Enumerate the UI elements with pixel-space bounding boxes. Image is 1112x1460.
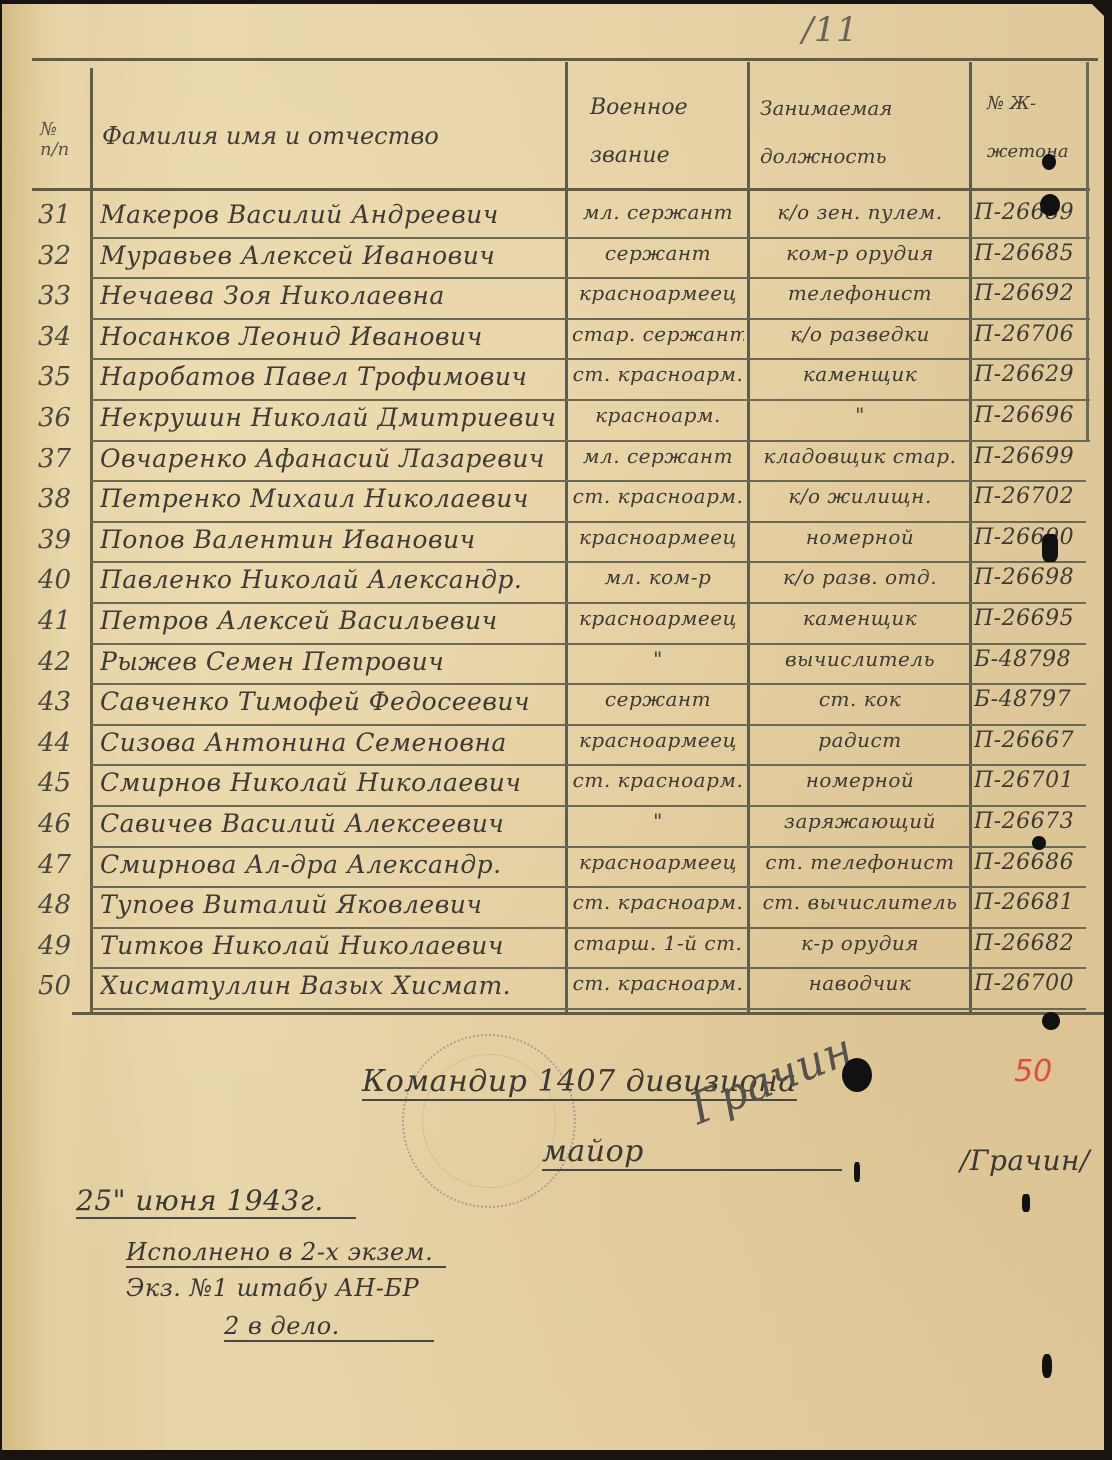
copies-note: Исполнено в 2-х экзем. bbox=[126, 1238, 446, 1268]
cell-badge-number: П-26702 bbox=[974, 484, 1084, 509]
cell-rank: ст. красноарм. bbox=[572, 971, 744, 995]
copy-1-note: Экз. №1 штабу АН-БР bbox=[126, 1274, 419, 1302]
cell-full-name: Смирнова Ал-дра Александр. bbox=[100, 850, 562, 879]
row-divider bbox=[90, 521, 1086, 523]
cell-badge-number: П-26699 bbox=[974, 444, 1084, 469]
cell-full-name: Тупоев Виталий Яковлевич bbox=[100, 890, 562, 919]
cell-position: каменщик bbox=[754, 362, 966, 386]
top-pencil-mark: /11 bbox=[802, 10, 858, 50]
cell-rank: красноармеец bbox=[572, 281, 744, 305]
cell-badge-number: Б-48797 bbox=[974, 687, 1084, 712]
row-divider bbox=[90, 440, 1090, 442]
cell-full-name: Савченко Тимофей Федосеевич bbox=[100, 687, 562, 716]
cell-position: телефонист bbox=[754, 281, 966, 305]
ink-mark bbox=[1042, 1354, 1052, 1378]
row-number: 41 bbox=[38, 606, 90, 636]
row-number: 32 bbox=[38, 241, 90, 271]
cell-rank: ст. красноарм. bbox=[572, 484, 744, 508]
table-border-bottom bbox=[72, 1012, 1104, 1015]
header-position: Занимаемая должность bbox=[760, 84, 893, 180]
row-divider bbox=[90, 886, 1086, 888]
cell-full-name: Павленко Николай Александр. bbox=[100, 565, 562, 594]
row-number: 50 bbox=[38, 971, 90, 1001]
cell-position: ст. вычислитель bbox=[754, 890, 966, 914]
cell-rank: мл. сержант bbox=[572, 444, 744, 468]
ink-blot bbox=[1032, 836, 1046, 850]
cell-position: наводчик bbox=[754, 971, 966, 995]
cell-full-name: Хисматуллин Вазых Хисмат. bbox=[100, 971, 562, 1000]
row-number: 31 bbox=[38, 200, 90, 230]
row-divider bbox=[90, 602, 1086, 604]
cell-rank: старш. 1-й ст. bbox=[572, 931, 744, 955]
cell-rank: красноармеец bbox=[572, 525, 744, 549]
cell-position: к/о жилищн. bbox=[754, 484, 966, 508]
cell-rank: ст. красноарм. bbox=[572, 768, 744, 792]
row-divider bbox=[90, 358, 1090, 360]
cell-full-name: Нечаева Зоя Николаевна bbox=[100, 281, 562, 310]
cell-full-name: Петренко Михаил Николаевич bbox=[100, 484, 562, 513]
row-number: 37 bbox=[38, 444, 90, 474]
cell-full-name: Петров Алексей Васильевич bbox=[100, 606, 562, 635]
cell-full-name: Муравьев Алексей Иванович bbox=[100, 241, 562, 270]
cell-full-name: Сизова Антонина Семеновна bbox=[100, 728, 562, 757]
copy-2-note: 2 в дело. bbox=[224, 1312, 434, 1342]
row-number: 46 bbox=[38, 809, 90, 839]
row-number: 39 bbox=[38, 525, 90, 555]
cell-position: номерной bbox=[754, 525, 966, 549]
row-divider bbox=[90, 683, 1086, 685]
cell-full-name: Попов Валентин Иванович bbox=[100, 525, 562, 554]
cell-rank: сержант bbox=[572, 687, 744, 711]
cell-badge-number: Б-48798 bbox=[974, 647, 1084, 672]
ink-mark bbox=[1022, 1194, 1030, 1212]
cell-full-name: Рыжев Семен Петрович bbox=[100, 647, 562, 676]
cell-rank: красноарм. bbox=[572, 403, 744, 427]
cell-badge-number: П-26695 bbox=[974, 606, 1084, 631]
cell-position: каменщик bbox=[754, 606, 966, 630]
row-number: 49 bbox=[38, 931, 90, 961]
faded-round-stamp bbox=[402, 1034, 576, 1208]
rank-major: майор bbox=[542, 1134, 842, 1171]
ink-blot bbox=[842, 1058, 872, 1092]
cell-position: ком-р орудия bbox=[754, 241, 966, 265]
row-number: 40 bbox=[38, 565, 90, 595]
ink-blot bbox=[1042, 1012, 1060, 1030]
row-divider bbox=[90, 237, 1090, 239]
ink-blot bbox=[1042, 154, 1056, 170]
row-number: 42 bbox=[38, 647, 90, 677]
cell-badge-number: П-26685 bbox=[974, 241, 1084, 266]
cell-full-name: Савичев Василий Алексеевич bbox=[100, 809, 562, 838]
row-number: 45 bbox=[38, 768, 90, 798]
cell-badge-number: П-26681 bbox=[974, 890, 1084, 915]
cell-rank: " bbox=[572, 809, 744, 833]
cell-badge-number: П-26698 bbox=[974, 565, 1084, 590]
ink-blot bbox=[1040, 194, 1060, 216]
row-number: 47 bbox=[38, 850, 90, 880]
cell-rank: красноармеец bbox=[572, 728, 744, 752]
col-divider-4 bbox=[969, 62, 972, 1012]
cell-full-name: Носанков Леонид Иванович bbox=[100, 322, 562, 351]
cell-full-name: Титков Николай Николаевич bbox=[100, 931, 562, 960]
cell-badge-number: П-26696 bbox=[974, 403, 1084, 428]
row-divider bbox=[90, 927, 1086, 929]
header-name: Фамилия имя и отчество bbox=[102, 122, 439, 150]
row-divider bbox=[90, 724, 1086, 726]
cell-position: кладовщик стар. bbox=[754, 444, 966, 468]
row-divider bbox=[90, 561, 1086, 563]
ink-blot bbox=[1042, 534, 1058, 562]
header-divider bbox=[32, 188, 1090, 191]
cell-position: ст. телефонист bbox=[754, 850, 966, 874]
cell-position: к/о разведки bbox=[754, 322, 966, 346]
row-number: 43 bbox=[38, 687, 90, 717]
cell-rank: сержант bbox=[572, 241, 744, 265]
cell-badge-number: П-26706 bbox=[974, 322, 1084, 347]
cell-badge-number: П-26686 bbox=[974, 850, 1084, 875]
cell-rank: ст. красноарм. bbox=[572, 362, 744, 386]
row-number: 34 bbox=[38, 322, 90, 352]
cell-position: номерной bbox=[754, 768, 966, 792]
signature-name: /Грачин/ bbox=[960, 1144, 1090, 1177]
signature-scrawl: Грачин bbox=[683, 1024, 861, 1135]
row-number: 38 bbox=[38, 484, 90, 514]
cell-rank: ст. красноарм. bbox=[572, 890, 744, 914]
row-divider bbox=[90, 764, 1086, 766]
cell-rank: мл. сержант bbox=[572, 200, 744, 224]
row-divider bbox=[90, 399, 1090, 401]
row-number: 36 bbox=[38, 403, 90, 433]
cell-position: к/о зен. пулем. bbox=[754, 200, 966, 224]
cell-rank: красноармеец bbox=[572, 850, 744, 874]
cell-badge-number: П-26673 bbox=[974, 809, 1084, 834]
cell-position: " bbox=[754, 403, 966, 427]
cell-rank: мл. ком-р bbox=[572, 565, 744, 589]
cell-badge-number: П-26701 bbox=[974, 768, 1084, 793]
document-date: 25" июня 1943г. bbox=[76, 1184, 356, 1219]
cell-position: к-р орудия bbox=[754, 931, 966, 955]
ink-mark bbox=[854, 1162, 860, 1182]
cell-badge-number: П-26700 bbox=[974, 971, 1084, 996]
row-divider bbox=[90, 480, 1086, 482]
cell-badge-number: П-26692 bbox=[974, 281, 1084, 306]
row-divider bbox=[90, 318, 1090, 320]
cell-position: к/о разв. отд. bbox=[754, 565, 966, 589]
row-number: 33 bbox=[38, 281, 90, 311]
row-divider bbox=[90, 967, 1086, 969]
red-page-number: 50 bbox=[1014, 1054, 1052, 1089]
cell-rank: стар. сержант bbox=[572, 322, 744, 346]
cell-rank: красноармеец bbox=[572, 606, 744, 630]
col-divider-3 bbox=[747, 62, 750, 1012]
scanned-document-page: /11 № п/п Фамилия имя и отчество Военное… bbox=[2, 4, 1104, 1450]
cell-full-name: Макеров Василий Андреевич bbox=[100, 200, 562, 229]
cell-badge-number: П-26682 bbox=[974, 931, 1084, 956]
cell-badge-number: П-26689 bbox=[974, 200, 1084, 225]
row-divider bbox=[90, 805, 1086, 807]
row-number: 44 bbox=[38, 728, 90, 758]
col-divider-2 bbox=[565, 62, 568, 1012]
cell-full-name: Наробатов Павел Трофимович bbox=[100, 362, 562, 391]
row-number: 48 bbox=[38, 890, 90, 920]
cell-badge-number: П-26667 bbox=[974, 728, 1084, 753]
row-divider bbox=[90, 277, 1090, 279]
cell-full-name: Овчаренко Афанасий Лазаревич bbox=[100, 444, 562, 473]
row-divider bbox=[90, 846, 1086, 848]
cell-position: ст. кок bbox=[754, 687, 966, 711]
col-divider-1 bbox=[90, 68, 93, 1014]
cell-rank: " bbox=[572, 647, 744, 671]
cell-full-name: Смирнов Николай Николаевич bbox=[100, 768, 562, 797]
header-badge: № Ж- жетона bbox=[987, 80, 1069, 176]
col-divider-right bbox=[1086, 62, 1089, 442]
cell-full-name: Некрушин Николай Дмитриевич bbox=[100, 403, 562, 432]
cell-position: радист bbox=[754, 728, 966, 752]
header-no: № п/п bbox=[40, 120, 69, 160]
cell-position: вычислитель bbox=[754, 647, 966, 671]
cell-badge-number: П-26690 bbox=[974, 525, 1084, 550]
row-number: 35 bbox=[38, 362, 90, 392]
cell-position: заряжающий bbox=[754, 809, 966, 833]
row-divider bbox=[90, 1008, 1086, 1010]
cell-badge-number: П-26629 bbox=[974, 362, 1084, 387]
row-divider bbox=[90, 643, 1086, 645]
header-rank: Военное звание bbox=[590, 84, 688, 180]
table-border-top bbox=[32, 58, 1098, 61]
